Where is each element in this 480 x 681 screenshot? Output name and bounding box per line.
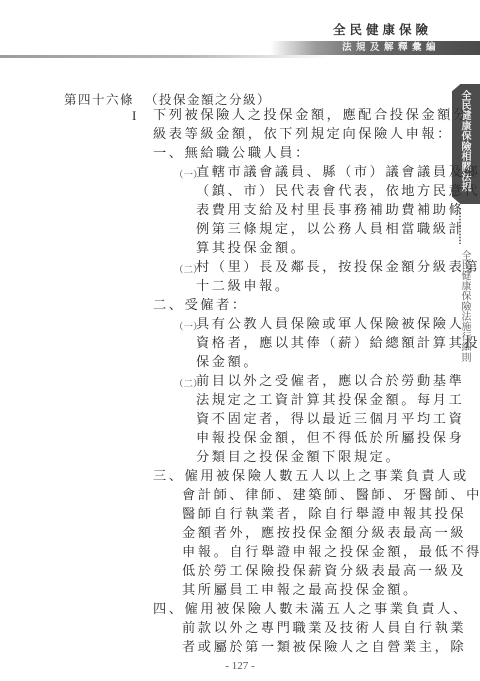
text-line: 表費用支給及村里長事務補助費補助條 [196, 202, 464, 220]
text-line: （鎮、市）民代表會代表，依地方民意代 [196, 183, 480, 201]
text-line: 金額者外，應按投保金額分級表最高一級 [182, 525, 466, 543]
book-title: 全民健康保險 [333, 20, 432, 38]
text-line: 醫師自行執業者，除自行舉證申報其投保 [182, 506, 466, 524]
text-line: 二、受僱者： [153, 297, 248, 315]
text-line: 申報。自行舉證申報之投保金額，最低不得 [182, 544, 480, 562]
text-line: 具有公教人員保險或軍人保險被保險人 [196, 316, 464, 334]
text-line: 十二級申報。 [196, 278, 291, 296]
text-line: 一、無給職公職人員： [153, 145, 311, 163]
text-line: 村（里）長及鄰長，按投保金額分級表第 [196, 259, 480, 277]
article-label: 第四十六條 [64, 90, 134, 108]
text-line: 例第三條規定，以公務人員相當職級計 [196, 221, 464, 239]
text-line: 分類目之投保金額下限規定。 [196, 449, 401, 467]
text-line: 前目以外之受僱者，應以合於勞動基準 [196, 373, 464, 391]
text-line: 三、僱用被保險人數五人以上之事業負責人或 [153, 468, 469, 486]
page-number: - 127 - [0, 660, 480, 672]
text-line: 保金額。 [196, 354, 259, 372]
text-line: 低於勞工保險投保薪資分級表最高一級及 [182, 563, 466, 581]
book-subtitle: 法規及解釋彙編 [342, 42, 440, 54]
text-line: 申報投保金額，但不得低於所屬投保身 [196, 430, 464, 448]
text-line: 算其投保金額。 [196, 240, 307, 258]
text-line: 下列被保險人之投保金額，應配合投保金額分 [153, 107, 469, 125]
article-heading: （投保金額之分級） [145, 90, 271, 108]
paragraph-number: I [132, 108, 136, 124]
header-rule [0, 55, 330, 58]
text-line: 資不固定者，得以最近三個月平均工資 [196, 411, 464, 429]
text-line: 直轄市議會議員、縣（市）議會議員及鄉 [196, 164, 480, 182]
text-line: 者或屬於第一類被保險人之自營業主，除 [182, 639, 466, 657]
text-line: 資格者，應以其俸（薪）給總額計算其投 [196, 335, 480, 353]
text-line: 會計師、律師、建築師、醫師、牙醫師、中 [182, 487, 480, 505]
text-line: 四、僱用被保險人數未滿五人之事業負責人、 [153, 601, 469, 619]
text-line: 其所屬員工申報之最高投保金額。 [182, 582, 419, 600]
text-line: 前款以外之專門職業及技術人員自行執業 [182, 620, 466, 638]
text-line: 法規定之工資計算其投保金額。每月工 [196, 392, 464, 410]
text-line: 級表等級金額，依下列規定向保險人申報： [153, 126, 453, 144]
